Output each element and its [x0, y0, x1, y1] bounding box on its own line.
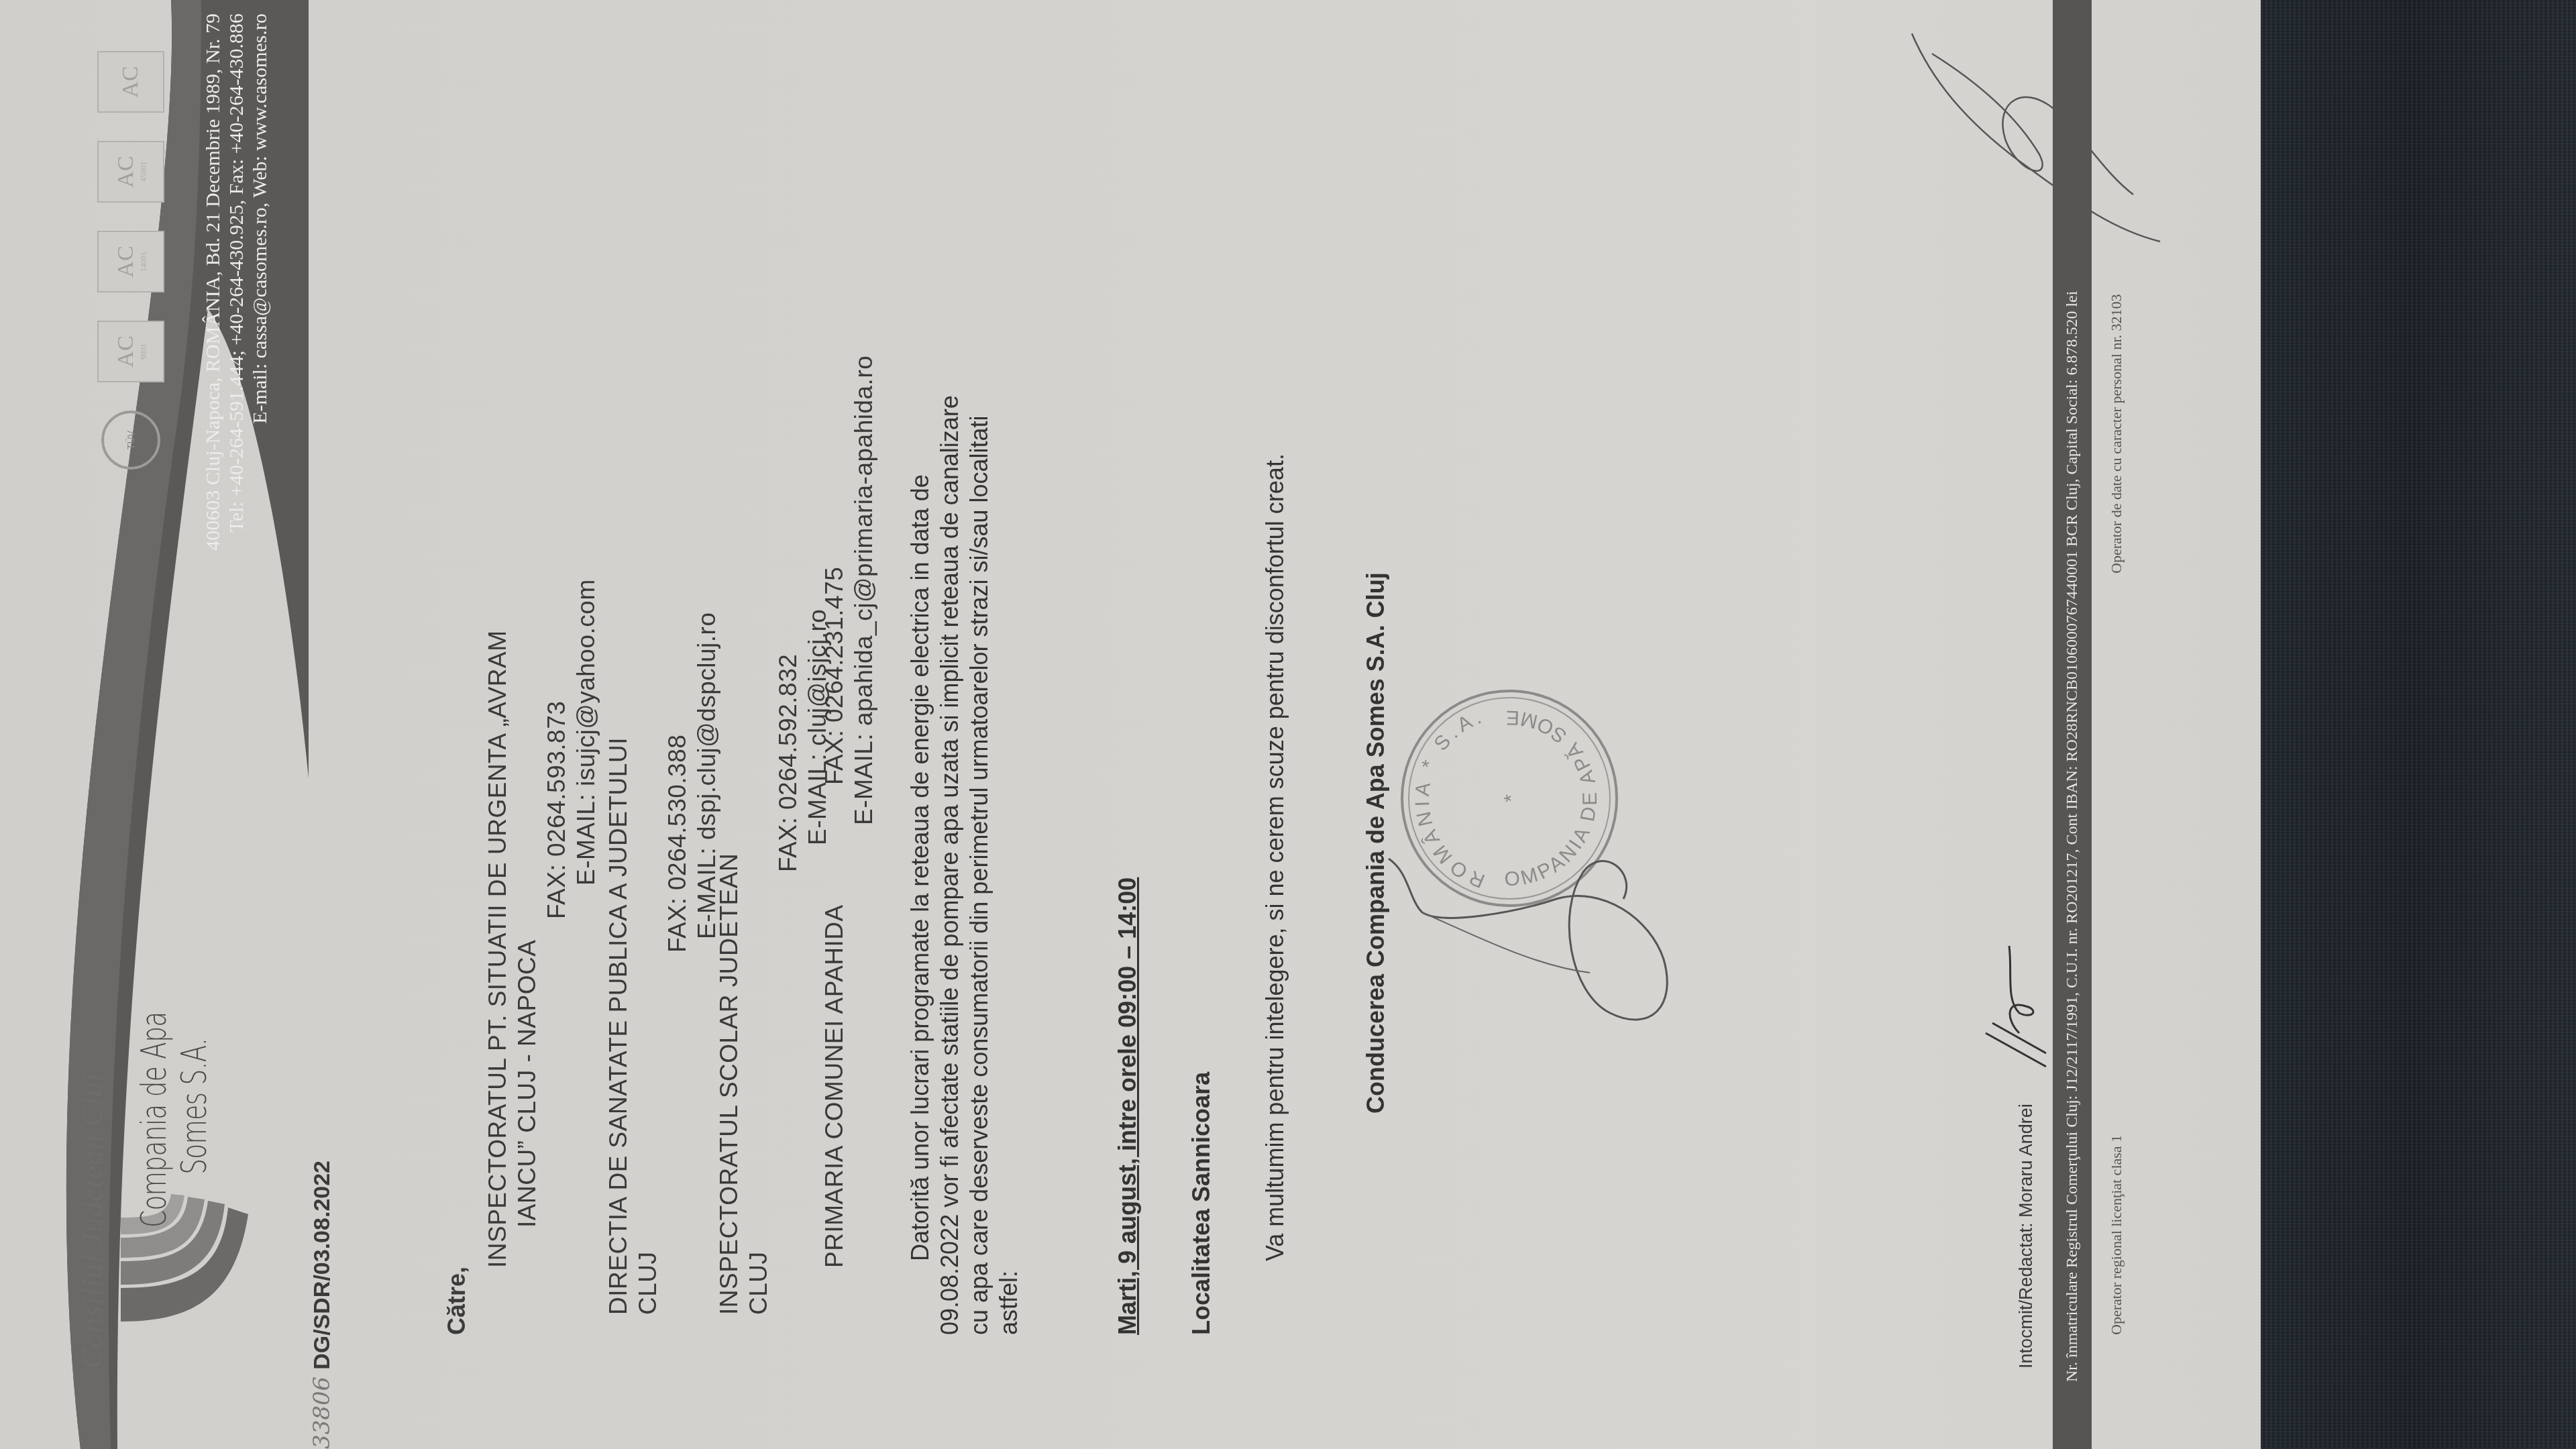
- company-logo-text: Compania de Apa Somes S.A.: [134, 1012, 215, 1228]
- author-line: Intocmit/Redactat: Moraru Andrei: [2016, 1104, 2037, 1368]
- cert-ac-icon: AC45001: [97, 141, 164, 203]
- signature-author: [1979, 939, 2053, 1073]
- outage-schedule: Marti, 9 august, intre orele 09:00 – 14:…: [1114, 877, 1142, 1335]
- recipients-label: Către,: [443, 1267, 471, 1335]
- signature-footer: [1905, 13, 2167, 255]
- footer-data-operator: Operator de date cu caracter personal nr…: [2108, 294, 2125, 574]
- affected-locality: Localitatea Sannicoara: [1187, 1072, 1216, 1335]
- letter-page: Consiliul Judetean Cluj Compania de Apa …: [0, 0, 2261, 1449]
- footer-operator-license: Operator regional licenţiat clasa 1: [2108, 1135, 2125, 1335]
- council-name: Consiliul Judetean Cluj: [75, 1073, 109, 1368]
- registration-number: 33806DG/SDR/03.08.2022: [309, 1161, 335, 1449]
- cert-ac-icon: AC14001: [97, 231, 164, 292]
- recipient-apahida: PRIMARIA COMUNEI APAHIDA FAX: 0264.231.4…: [771, 356, 879, 1268]
- closing-thanks: Va multumim pentru intelegere, si ne cer…: [1261, 453, 1289, 1261]
- fabric-background: [2261, 0, 2576, 1449]
- cert-ac-icon: AC: [97, 51, 164, 113]
- cert-seal-icon: TÜV: [101, 411, 160, 470]
- recipient-isu: INSPECTORATUL PT. SITUATII DE URGENTA „A…: [483, 579, 601, 1268]
- certification-badges: TÜV AC9001 AC14001 AC45001 AC: [94, 13, 168, 470]
- company-address: 400603 Cluj-Napoca, ROMÂNIA, Bd. 21 Dece…: [201, 13, 272, 885]
- footer-registration-bar: Nr. înmatriculare Registrul Comerţului C…: [2053, 0, 2092, 1449]
- cert-ac-icon: AC9001: [97, 321, 164, 382]
- body-paragraph: Datorită unor lucrari programate la rete…: [906, 369, 1024, 1335]
- signature-director: [1382, 738, 1784, 1073]
- recipient-dsp: DIRECTIA DE SANATATE PUBLICA A JUDETULUI…: [604, 612, 722, 1315]
